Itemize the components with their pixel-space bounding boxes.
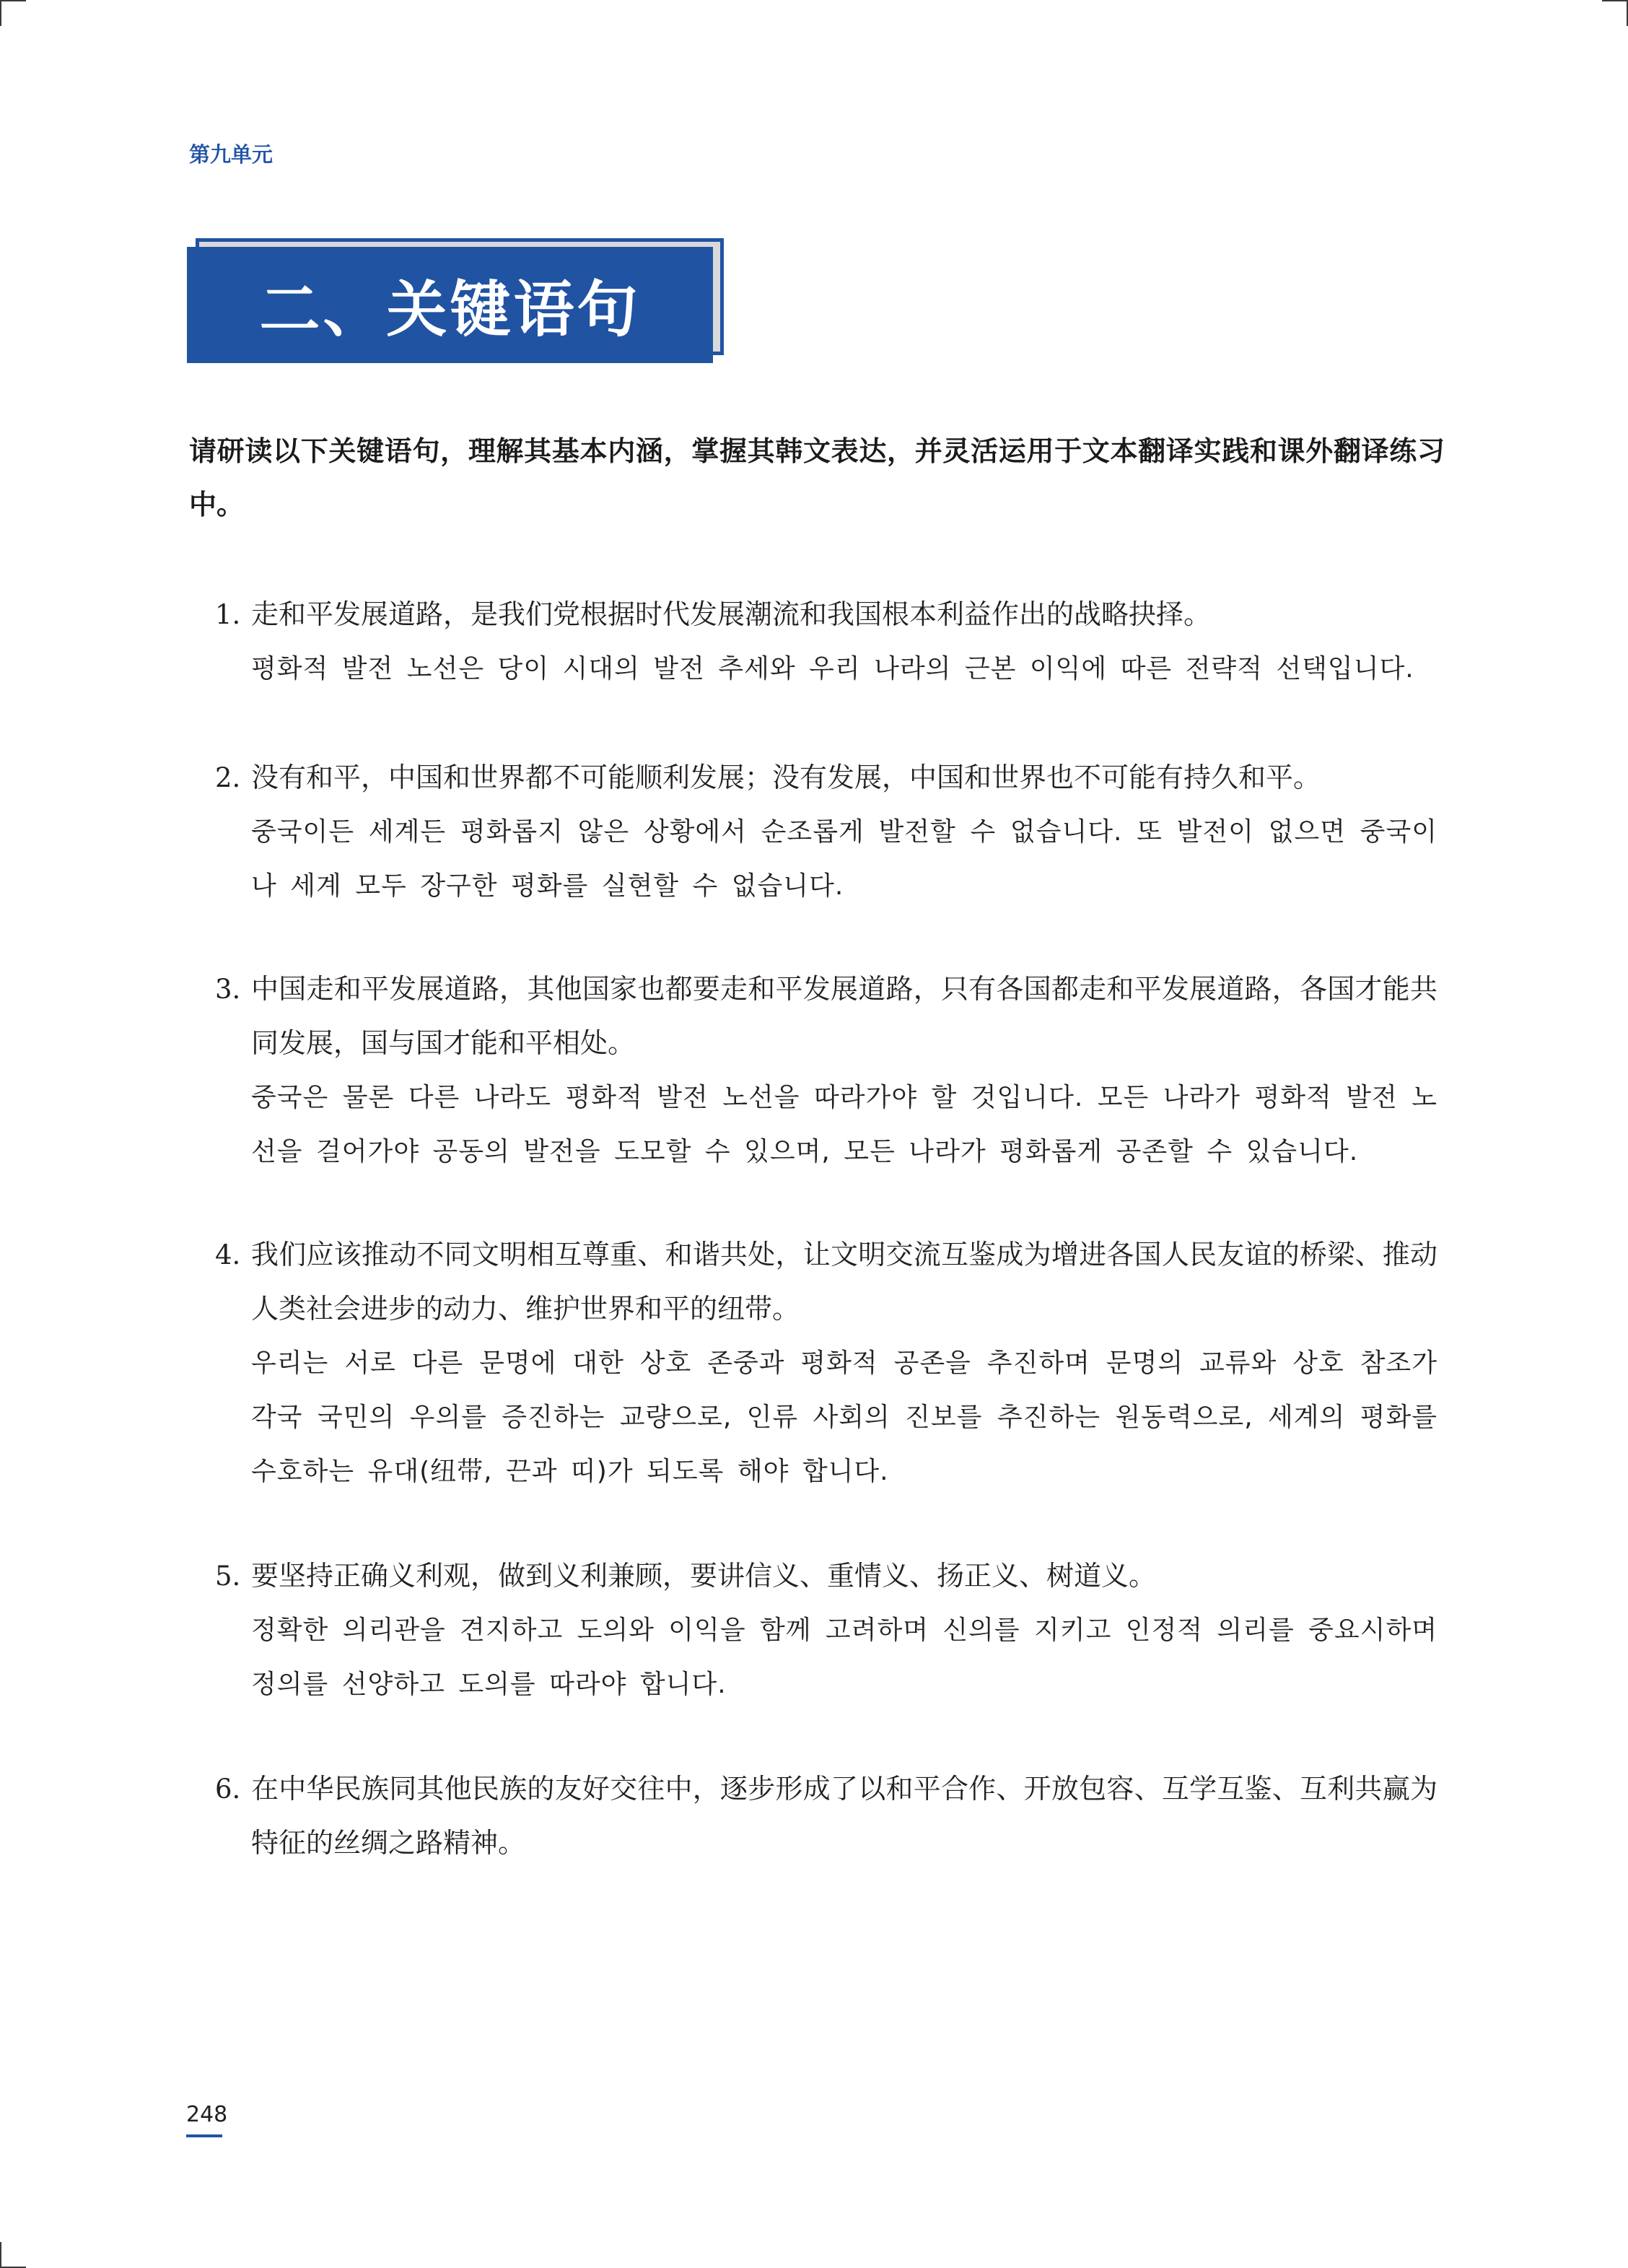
sentence-chinese: 中国走和平发展道路，其他国家也都要走和平发展道路，只有各国都走和平发展道路，各国… [251, 962, 1437, 1070]
sentence-korean: 중국이든 세계든 평화롭지 않은 상황에서 순조롭게 발전할 수 없습니다. 또… [251, 805, 1437, 913]
crop-mark-bottom-left [0, 2242, 1, 2268]
sentence-number: 2. [215, 751, 240, 805]
page-number-underline [186, 2134, 222, 2137]
section-header: 二、关键语句 [187, 238, 725, 364]
sentence-number: 5. [215, 1549, 240, 1603]
key-sentence-item: 2. 没有和平，中国和世界都不可能顺利发展；没有发展，中国和世界也不可能有持久和… [215, 751, 1437, 913]
section-title: 二、关键语句 [259, 261, 640, 349]
page-number: 248 [186, 2102, 227, 2127]
crop-mark-top-right [1602, 0, 1628, 1]
sentence-number: 6. [215, 1762, 240, 1816]
sentence-chinese: 在中华民族同其他民族的友好交往中，逐步形成了以和平合作、开放包容、互学互鉴、互利… [251, 1762, 1437, 1870]
sentence-korean: 우리는 서로 다른 문명에 대한 상호 존중과 평화적 공존을 추진하며 문명의… [251, 1336, 1437, 1499]
sentence-chinese: 我们应该推动不同文明相互尊重、和谐共处，让文明交流互鉴成为增进各国人民友谊的桥梁… [251, 1228, 1437, 1336]
sentence-korean: 정확한 의리관을 견지하고 도의와 이익을 함께 고려하며 신의를 지키고 인정… [251, 1603, 1437, 1711]
key-sentence-item: 6. 在中华民族同其他民族的友好交往中，逐步形成了以和平合作、开放包容、互学互鉴… [215, 1762, 1437, 1870]
key-sentence-list: 1. 走和平发展道路，是我们党根据时代发展潮流和我国根本利益作出的战略抉择。 평… [215, 588, 1437, 1870]
sentence-number: 4. [215, 1228, 240, 1282]
sentence-korean: 중국은 물론 다른 나라도 평화적 발전 노선을 따라가야 할 것입니다. 모든… [251, 1070, 1437, 1179]
sentence-chinese: 要坚持正确义利观，做到义利兼顾，要讲信义、重情义、扬正义、树道义。 [251, 1549, 1437, 1603]
instructions-paragraph: 请研读以下关键语句，理解其基本内涵，掌握其韩文表达，并灵活运用于文本翻译实践和课… [189, 424, 1445, 531]
sentence-chinese: 没有和平，中国和世界都不可能顺利发展；没有发展，中国和世界也不可能有持久和平。 [251, 751, 1437, 805]
sentence-number: 1. [215, 588, 240, 642]
unit-label: 第九单元 [189, 139, 273, 168]
sentence-korean: 평화적 발전 노선은 당이 시대의 발전 추세와 우리 나라의 근본 이익에 따… [251, 642, 1437, 696]
key-sentence-item: 1. 走和平发展道路，是我们党根据时代发展潮流和我国根本利益作出的战略抉择。 평… [215, 588, 1437, 696]
key-sentence-item: 4. 我们应该推动不同文明相互尊重、和谐共处，让文明交流互鉴成为增进各国人民友谊… [215, 1228, 1437, 1499]
crop-mark-top-left [0, 0, 1, 26]
crop-mark-top-left [0, 0, 26, 1]
section-header-box: 二、关键语句 [187, 247, 713, 363]
sentence-chinese: 走和平发展道路，是我们党根据时代发展潮流和我国根本利益作出的战略抉择。 [251, 588, 1437, 642]
key-sentence-item: 5. 要坚持正确义利观，做到义利兼顾，要讲信义、重情义、扬正义、树道义。 정확한… [215, 1549, 1437, 1711]
sentence-number: 3. [215, 962, 240, 1016]
key-sentence-item: 3. 中国走和平发展道路，其他国家也都要走和平发展道路，只有各国都走和平发展道路… [215, 962, 1437, 1179]
